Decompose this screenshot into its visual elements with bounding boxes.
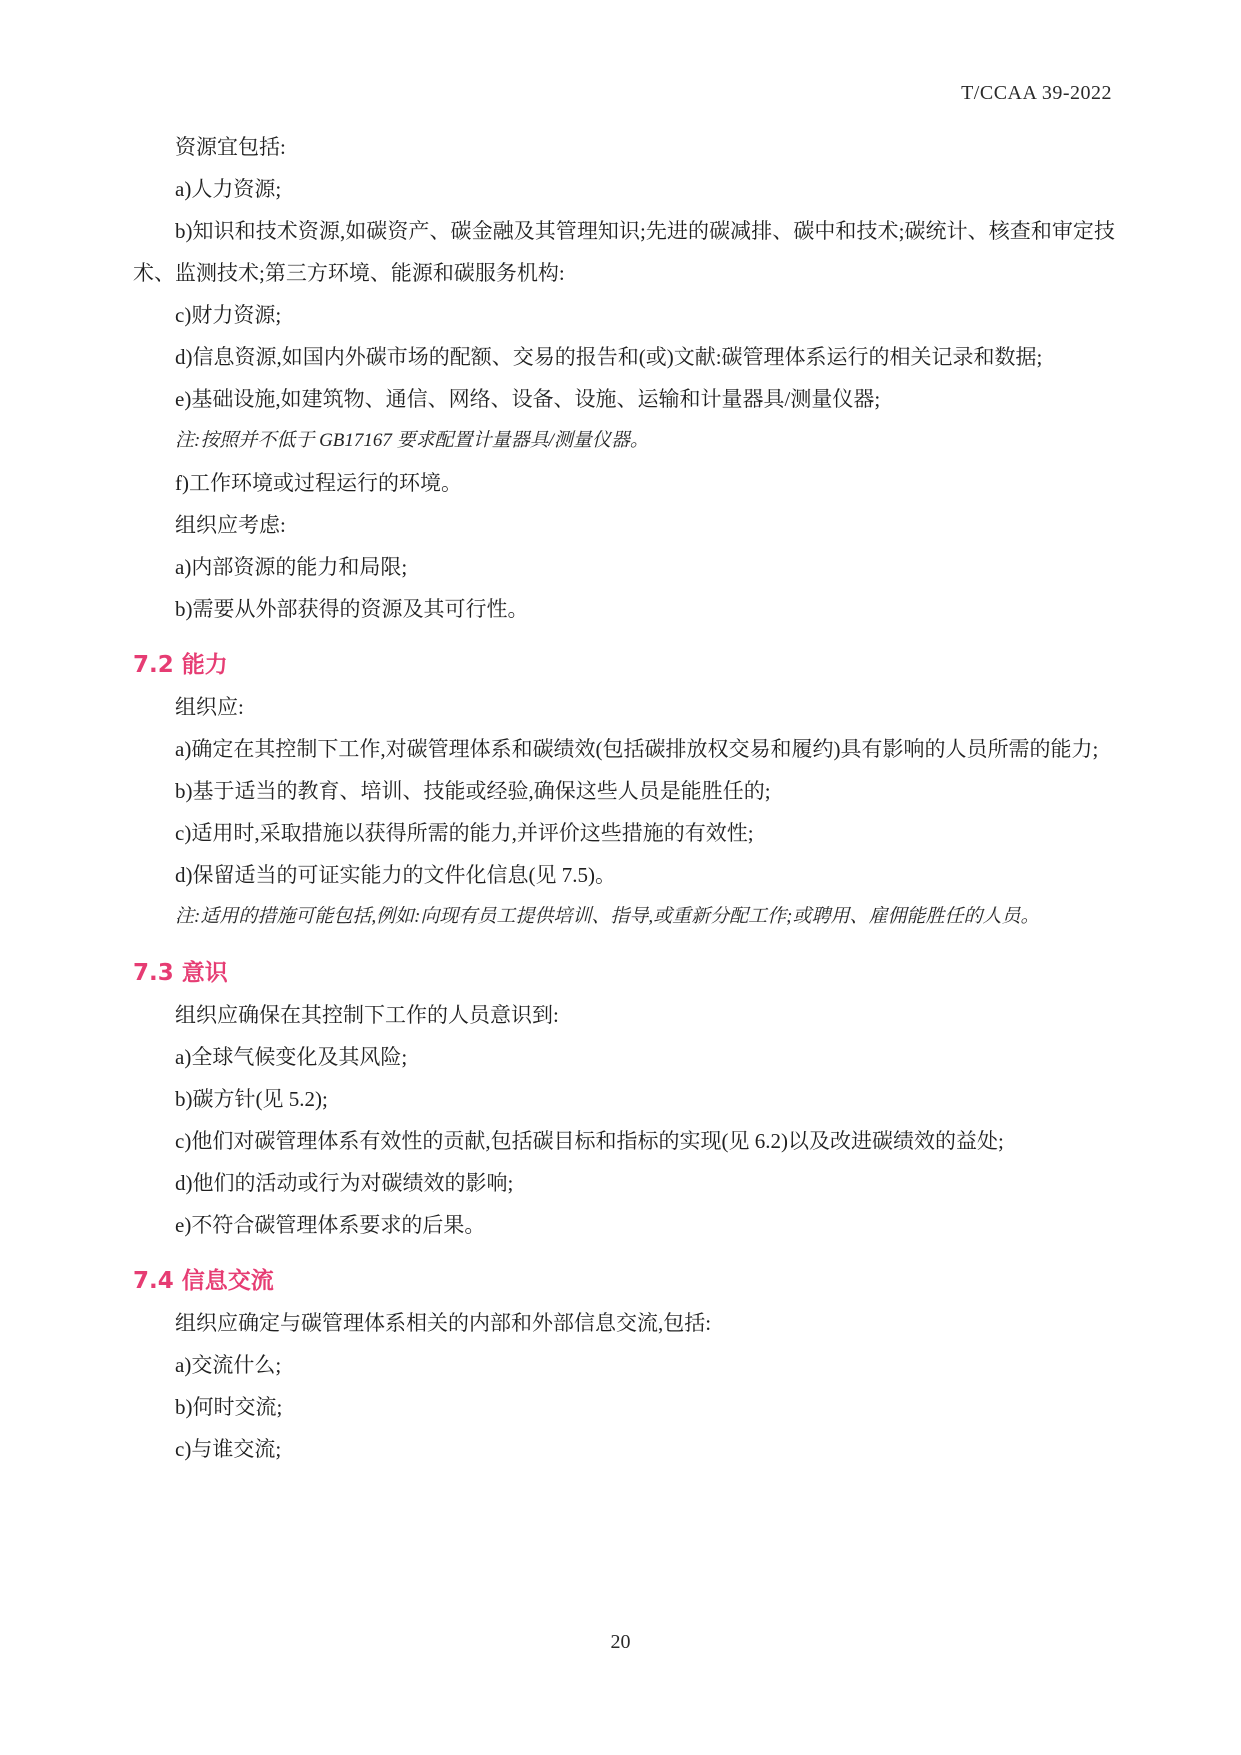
paragraph: a)内部资源的能力和局限; [133,546,1115,588]
paragraph: c)适用时,采取措施以获得所需的能力,并评价这些措施的有效性; [133,812,1115,854]
document-body: 资源宜包括:a)人力资源;b)知识和技术资源,如碳资产、碳金融及其管理知识;先进… [133,126,1115,1470]
page-number: 20 [611,1631,631,1653]
paragraph: d)保留适当的可证实能力的文件化信息(见 7.5)。 [133,854,1115,896]
paragraph: e)不符合碳管理体系要求的后果。 [133,1204,1115,1246]
note-text: 注:按照并不低于 GB17167 要求配置计量器具/测量仪器。 [133,420,1115,462]
paragraph: b)基于适当的教育、培训、技能或经验,确保这些人员是能胜任的; [133,770,1115,812]
note-text: 注:适用的措施可能包括,例如:向现有员工提供培训、指导,或重新分配工作;或聘用、… [133,896,1115,938]
paragraph: 组织应确定与碳管理体系相关的内部和外部信息交流,包括: [133,1302,1115,1344]
paragraph: b)知识和技术资源,如碳资产、碳金融及其管理知识;先进的碳减排、碳中和技术;碳统… [133,210,1115,294]
paragraph: f)工作环境或过程运行的环境。 [133,462,1115,504]
page-footer: 20 [0,1621,1241,1663]
document-header: T/CCAA 39-2022 [961,82,1112,105]
paragraph: c)他们对碳管理体系有效性的贡献,包括碳目标和指标的实现(见 6.2)以及改进碳… [133,1120,1115,1162]
paragraph: b)碳方针(见 5.2); [133,1078,1115,1120]
paragraph: 组织应考虑: [133,504,1115,546]
paragraph: c)与谁交流; [133,1428,1115,1470]
paragraph: a)全球气候变化及其风险; [133,1036,1115,1078]
paragraph: 组织应: [133,686,1115,728]
paragraph: c)财力资源; [133,294,1115,336]
paragraph: a)人力资源; [133,168,1115,210]
paragraph: a)确定在其控制下工作,对碳管理体系和碳绩效(包括碳排放权交易和履约)具有影响的… [133,728,1115,770]
paragraph: e)基础设施,如建筑物、通信、网络、设备、设施、运输和计量器具/测量仪器; [133,378,1115,420]
paragraph: b)何时交流; [133,1386,1115,1428]
section-heading: 7.3 意识 [133,952,1115,994]
section-heading: 7.2 能力 [133,644,1115,686]
paragraph: d)他们的活动或行为对碳绩效的影响; [133,1162,1115,1204]
paragraph: 组织应确保在其控制下工作的人员意识到: [133,994,1115,1036]
paragraph: 资源宜包括: [133,126,1115,168]
paragraph: b)需要从外部获得的资源及其可行性。 [133,588,1115,630]
section-heading: 7.4 信息交流 [133,1260,1115,1302]
standard-number: T/CCAA 39-2022 [961,82,1112,104]
paragraph: a)交流什么; [133,1344,1115,1386]
document-page: T/CCAA 39-2022 资源宜包括:a)人力资源;b)知识和技术资源,如碳… [0,0,1241,1755]
paragraph: d)信息资源,如国内外碳市场的配额、交易的报告和(或)文献:碳管理体系运行的相关… [133,336,1115,378]
